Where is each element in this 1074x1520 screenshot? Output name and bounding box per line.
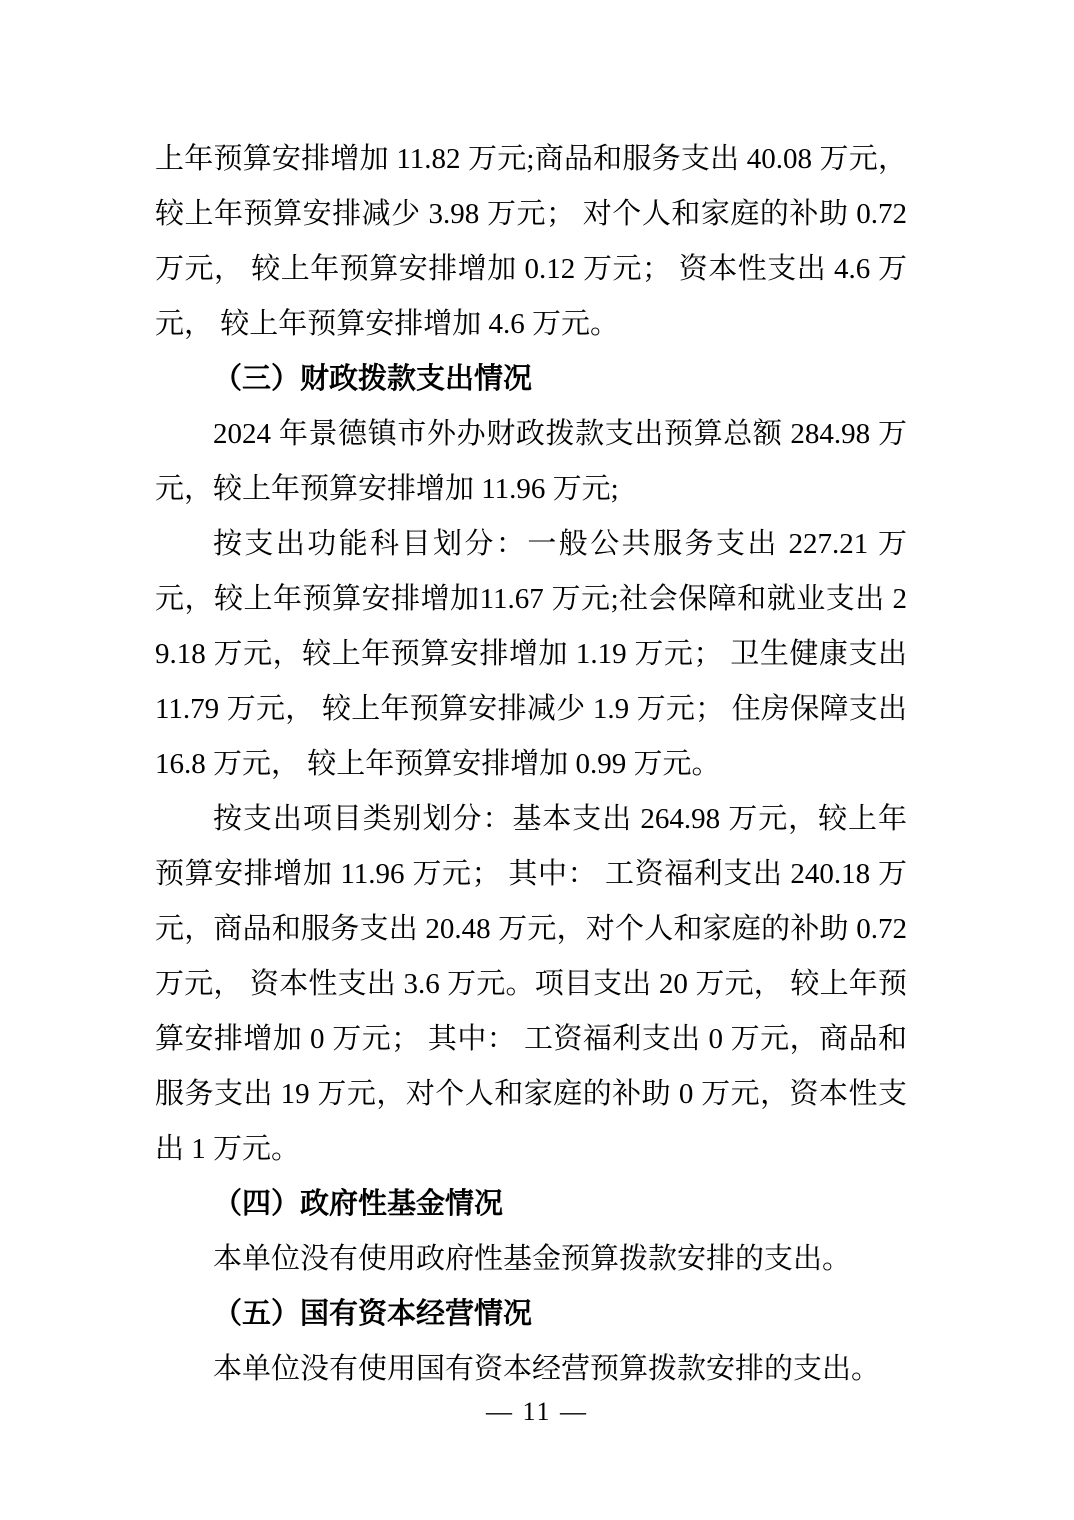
- page-number: — 11 —: [0, 1396, 1074, 1428]
- section-heading-government-fund: （四）政府性基金情况: [155, 1177, 907, 1232]
- paragraph-government-fund: 本单位没有使用政府性基金预算拨款安排的支出。: [155, 1232, 907, 1287]
- paragraph-continuation: 上年预算安排增加 11.82 万元;商品和服务支出 40.08 万元，较上年预算…: [155, 132, 907, 352]
- paragraph-state-capital: 本单位没有使用国有资本经营预算拨款安排的支出。: [155, 1342, 907, 1397]
- page-content: 上年预算安排增加 11.82 万元;商品和服务支出 40.08 万元，较上年预算…: [155, 132, 907, 1397]
- paragraph-total-budget: 2024 年景德镇市外办财政拨款支出预算总额 284.98 万元，较上年预算安排…: [155, 407, 907, 517]
- section-heading-fiscal-appropriation-expenditure: （三）财政拨款支出情况: [155, 352, 907, 407]
- paragraph-by-project-category: 按支出项目类别划分：基本支出 264.98 万元，较上年预算安排增加 11.96…: [155, 792, 907, 1177]
- section-heading-state-capital: （五）国有资本经营情况: [155, 1287, 907, 1342]
- paragraph-by-function-category: 按支出功能科目划分：一般公共服务支出 227.21 万元，较上年预算安排增加11…: [155, 517, 907, 792]
- document-page: 上年预算安排增加 11.82 万元;商品和服务支出 40.08 万元，较上年预算…: [0, 0, 1074, 1520]
